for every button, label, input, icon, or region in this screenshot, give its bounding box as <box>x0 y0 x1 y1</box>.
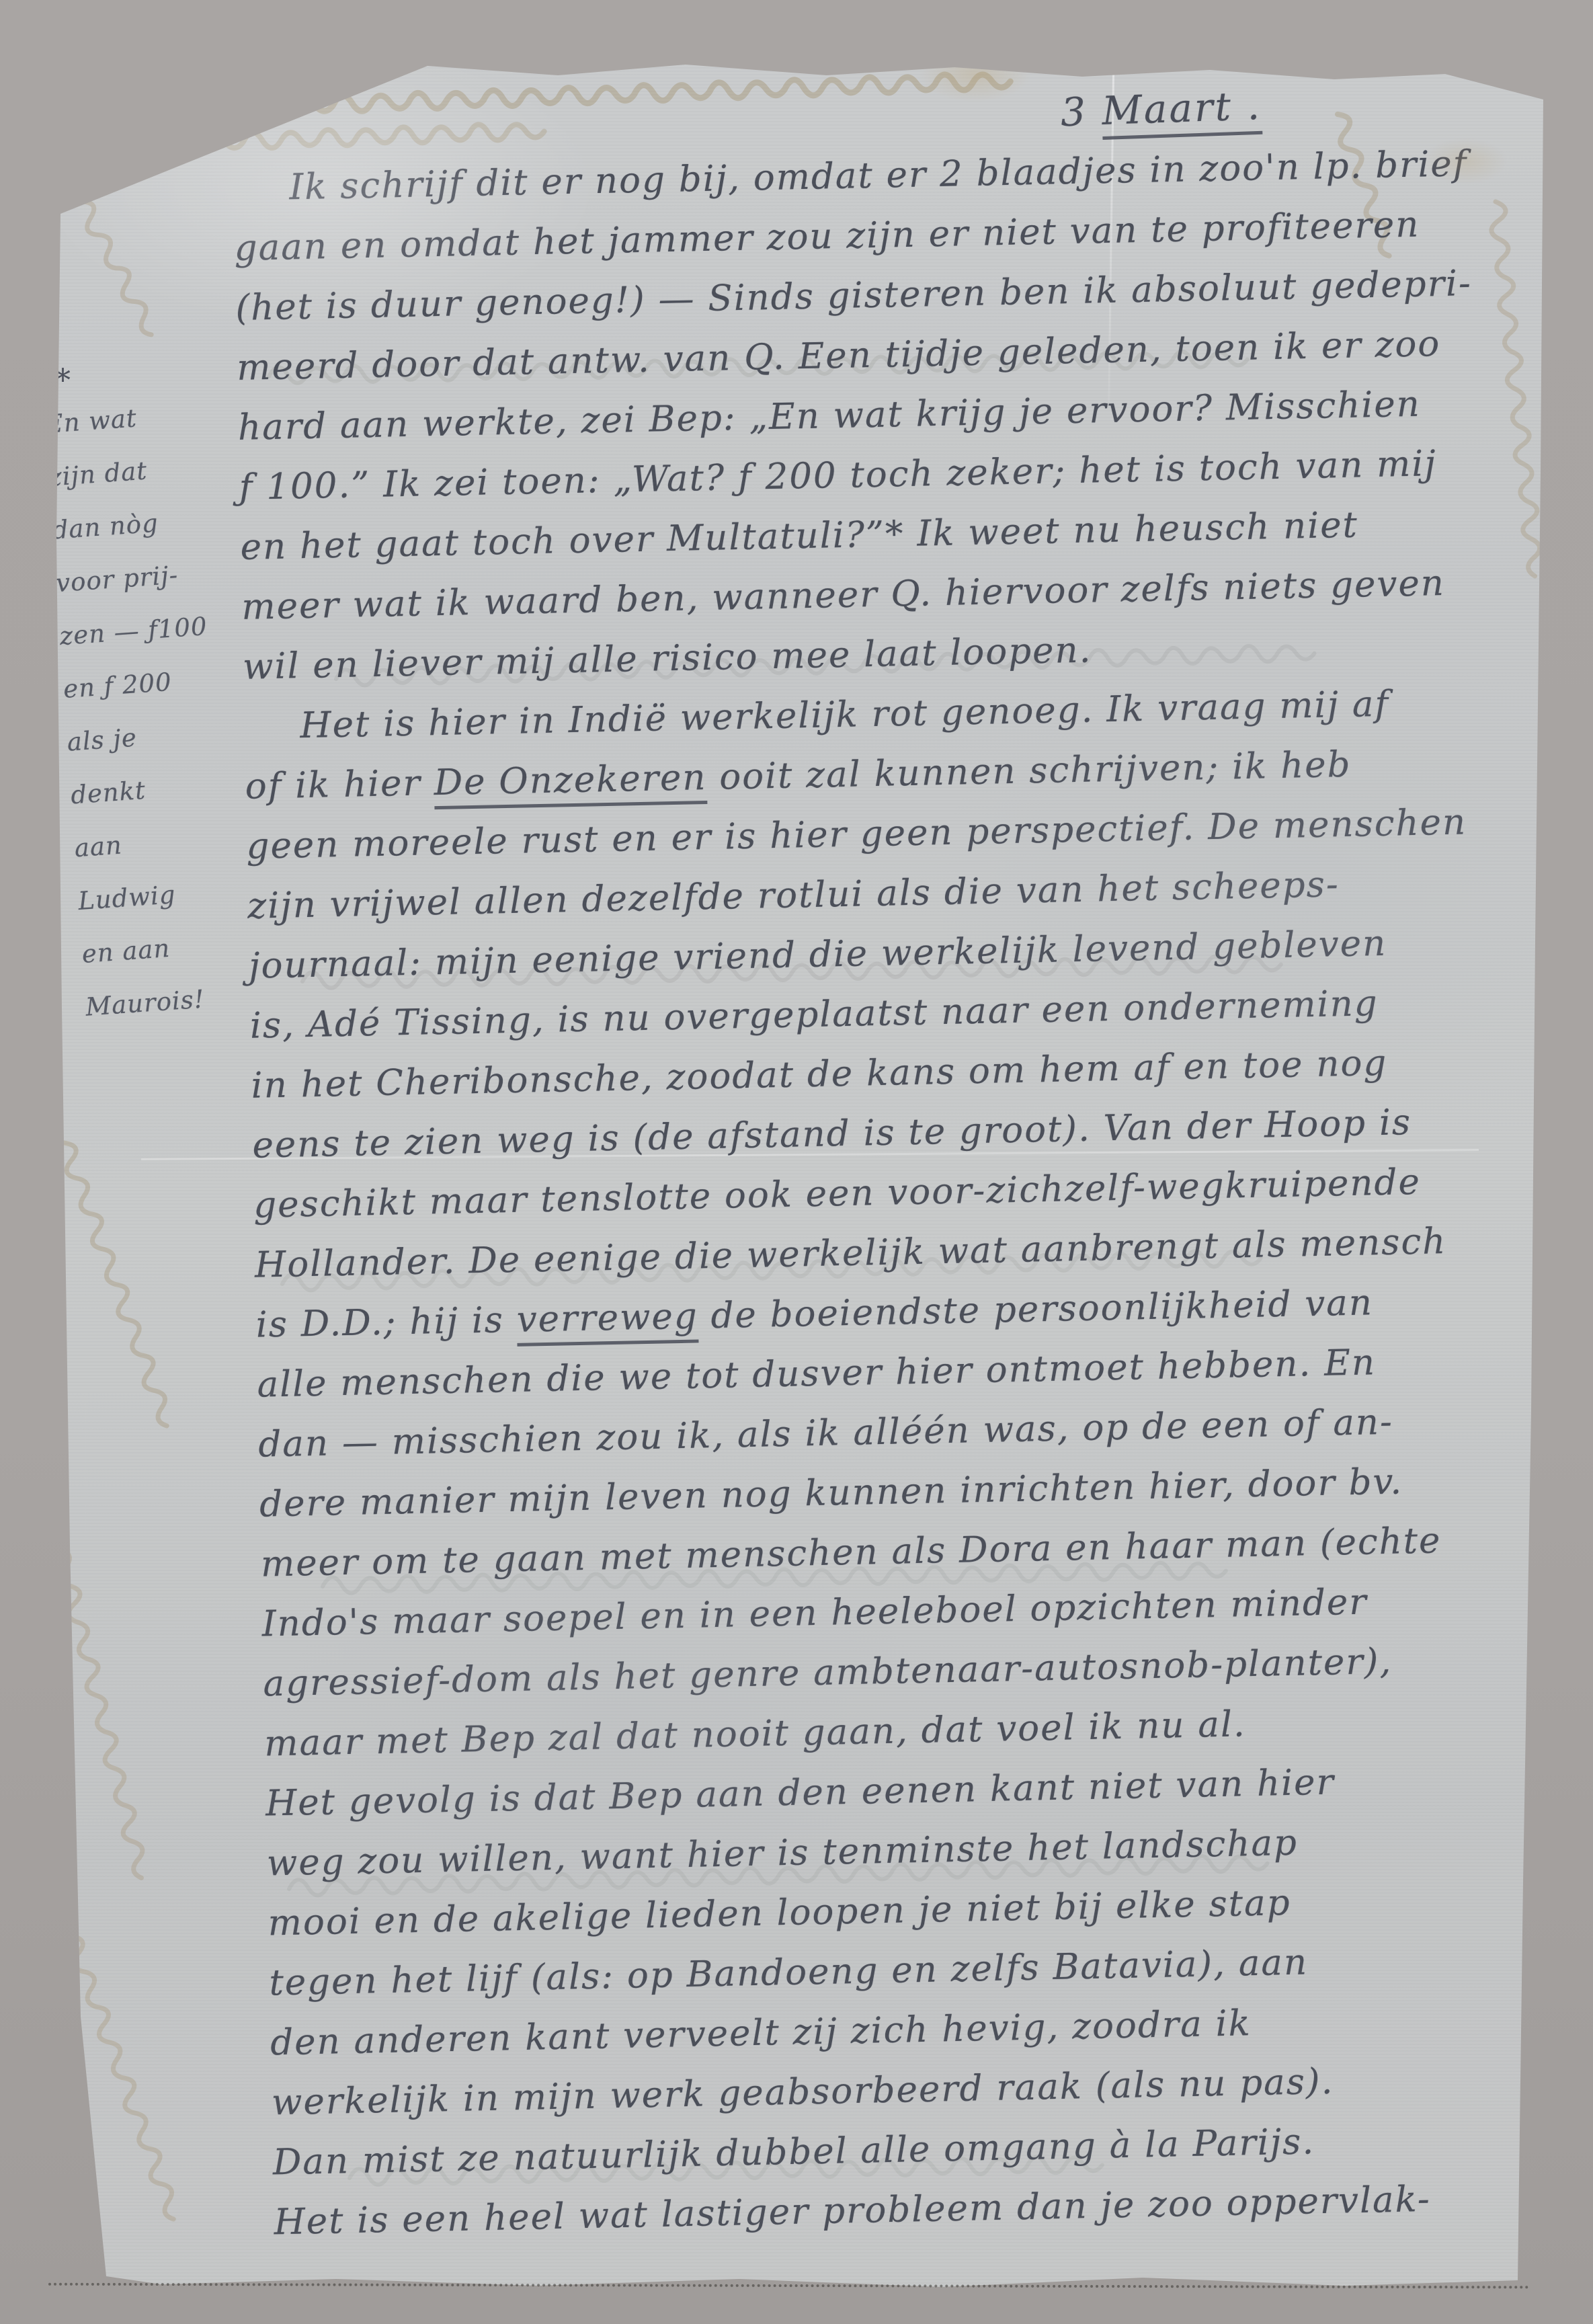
date-line: 3 Maart . <box>1060 76 1263 143</box>
ghost-squiggle <box>1371 50 1522 75</box>
scanner-background: [1546] 3 Maart . Ik schrijf dit er nog b… <box>0 0 1593 2324</box>
text-segment: 3 <box>1060 88 1103 135</box>
text-segment: is D.D.; hij is <box>255 1299 517 1346</box>
underlined-word: Maart . <box>1101 83 1262 140</box>
underlined-word: verreweg <box>516 1295 698 1346</box>
letter-page: [1546] 3 Maart . Ik schrijf dit er nog b… <box>0 0 1593 2324</box>
ghost-squiggle <box>57 1139 175 1428</box>
archival-number: [1546] <box>1256 32 1371 68</box>
letter-date: 3 Maart . <box>1060 76 1263 143</box>
margin-note-asterisk: * <box>55 362 71 398</box>
ghost-squiggle <box>44 1511 151 1880</box>
ghost-squiggle <box>168 122 544 152</box>
underlined-word: De Onzekeren <box>434 757 707 809</box>
ghost-squiggle <box>108 73 1011 120</box>
ghost-squiggle <box>64 1933 182 2221</box>
letter-body: Ik schrijf dit er nog bij, omdat er 2 bl… <box>233 132 1593 2253</box>
ghost-squiggle <box>75 198 159 338</box>
text-segment: ooit zal kunnen schrijven; ik heb <box>706 744 1352 798</box>
text-segment: de boeiendste persoonlijkheid van <box>698 1282 1373 1336</box>
